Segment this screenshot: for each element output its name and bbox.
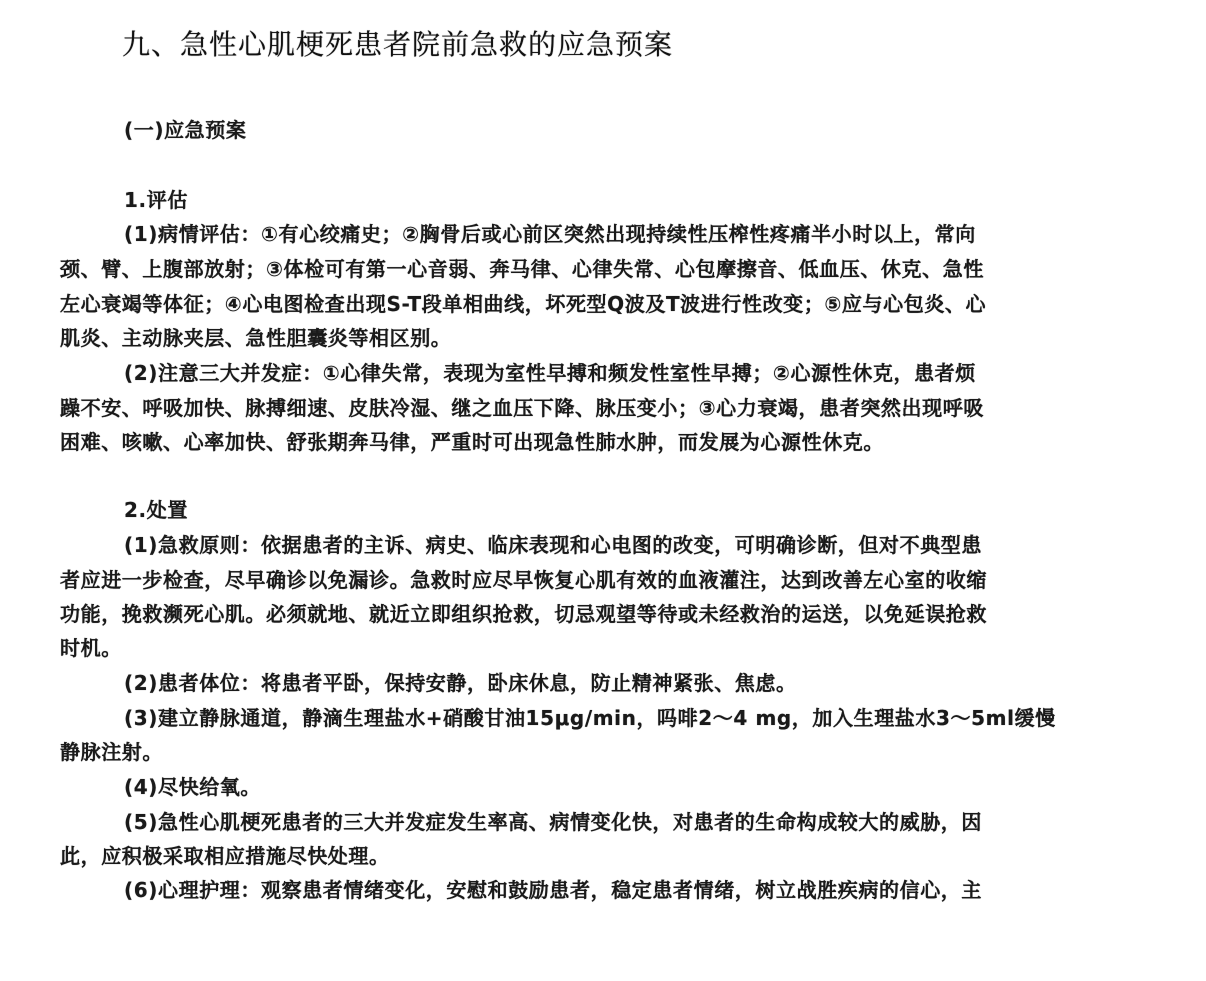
- paragraph-line: 时机。: [60, 636, 122, 660]
- paragraph-line: 者应进一步检查，尽早确诊以免漏诊。急救时应尽早恢复心肌有效的血液灌注，达到改善左…: [60, 568, 987, 592]
- section-heading: (一)应急预案: [124, 118, 246, 142]
- paragraph-line: 躁不安、呼吸加快、脉搏细速、皮肤冷湿、继之血压下降、脉压变小；③心力衰竭，患者突…: [60, 396, 984, 420]
- paragraph-line: 肌炎、主动脉夹层、急性胆囊炎等相区别。: [60, 326, 451, 350]
- paragraph-line: 左心衰竭等体征；④心电图检查出现S-T段单相曲线，坏死型Q波及T波进行性改变；⑤…: [60, 292, 986, 316]
- paragraph-line: 困难、咳嗽、心率加快、舒张期奔马律，严重时可出现急性肺水肿，而发展为心源性休克。: [60, 430, 884, 454]
- paragraph-line: 此，应积极采取相应措施尽快处理。: [60, 844, 390, 868]
- paragraph-line: (2)患者体位：将患者平卧，保持安静，卧床休息，防止精神紧张、焦虑。: [124, 671, 797, 695]
- part-heading-assessment: 1.评估: [124, 188, 188, 212]
- paragraph-line: (1)急救原则：依据患者的主诉、病史、临床表现和心电图的改变，可明确诊断，但对不…: [124, 533, 982, 557]
- part-heading-treatment: 2.处置: [124, 498, 188, 522]
- paragraph-line: 静脉注射。: [60, 740, 163, 764]
- paragraph-line: (5)急性心肌梗死患者的三大并发症发生率高、病情变化快，对患者的生命构成较大的威…: [124, 810, 982, 834]
- paragraph-line: 功能，挽救濒死心肌。必须就地、就近立即组织抢救，切忌观望等待或未经救治的运送，以…: [60, 602, 987, 626]
- paragraph-line: (3)建立静脉通道，静滴生理盐水+硝酸甘油15μg/min，吗啡2～4 mg，加…: [124, 706, 1056, 730]
- document-title: 九、急性心肌梗死患者院前急救的应急预案: [122, 27, 673, 63]
- paragraph-line: (2)注意三大并发症：①心律失常，表现为室性早搏和频发性室性早搏；②心源性休克，…: [124, 361, 976, 385]
- paragraph-line: 颈、臂、上腹部放射；③体检可有第一心音弱、奔马律、心律失常、心包摩擦音、低血压、…: [60, 257, 984, 281]
- paragraph-line: (4)尽快给氧。: [124, 775, 261, 799]
- paragraph-line: (6)心理护理：观察患者情绪变化，安慰和鼓励患者，稳定患者情绪，树立战胜疾病的信…: [124, 878, 982, 902]
- paragraph-line: (1)病情评估：①有心绞痛史；②胸骨后或心前区突然出现持续性压榨性疼痛半小时以上…: [124, 222, 976, 246]
